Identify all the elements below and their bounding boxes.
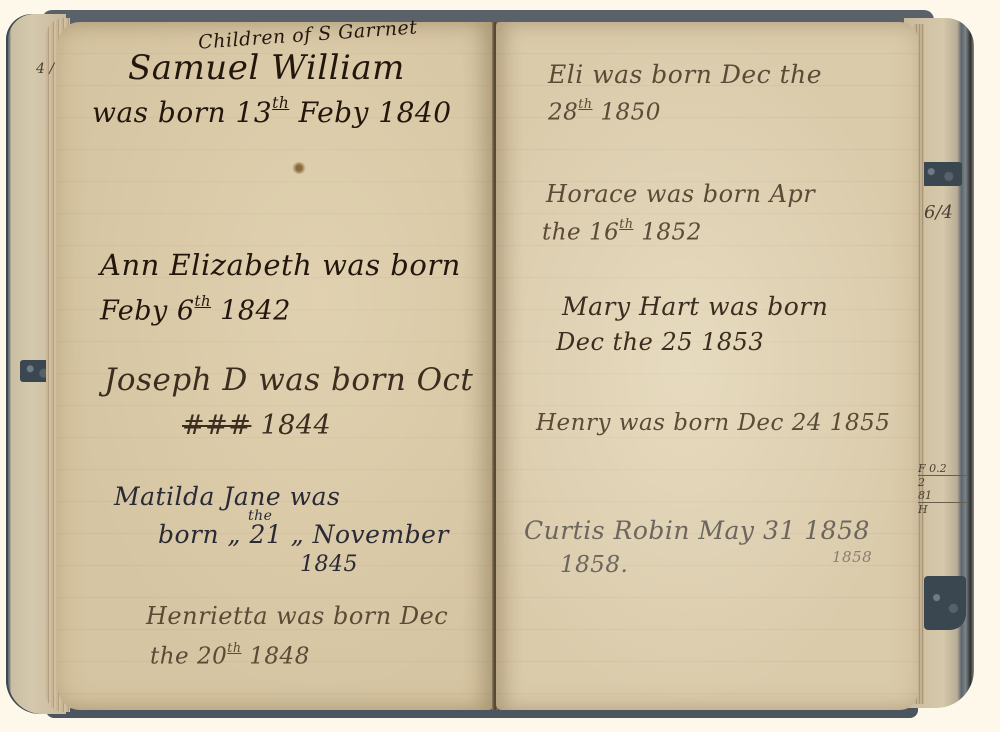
date-text: 1852	[633, 219, 701, 245]
right-cover-marble-patch-bottom	[924, 576, 966, 630]
entry-name-line: Henrietta was born Dec	[146, 602, 448, 630]
paper-stain	[292, 162, 306, 174]
entry-name-line: Mary Hart was born	[562, 292, 828, 321]
date-text: 1848	[241, 643, 309, 669]
entry-name-line: Henry was born Dec 24 1855	[536, 410, 890, 436]
date-text: Feby 1840	[289, 96, 451, 129]
entry-date-line: Feby 6th 1842	[100, 292, 291, 326]
entry-name-line: Ann Elizabeth was born	[100, 248, 461, 282]
entry-date-line: Dec the 25 1853	[556, 328, 764, 356]
date-text: 1844	[251, 410, 331, 441]
entry-name-line: Horace was born Apr	[546, 180, 815, 208]
right-cover-marble-patch-top	[918, 162, 962, 186]
entry-name-line: Matilda Jane was	[114, 482, 340, 511]
year-correction: 1858	[832, 548, 872, 566]
date-text: 1850	[593, 99, 661, 125]
ordinal-suffix: th	[272, 94, 289, 112]
entry-date-line: born „ 21 „ November	[158, 520, 449, 549]
date-text: Feby 6	[100, 295, 195, 326]
struck-out-text: ###	[182, 410, 251, 441]
margin-figure: F 0.2	[918, 462, 966, 476]
entry-date-line: ### 1844	[182, 410, 331, 441]
date-text: the 20	[150, 643, 227, 669]
date-text: was born 13	[92, 96, 272, 129]
margin-note-right-lower: F 0.2 2 81 H	[918, 462, 966, 516]
ordinal-suffix: th	[195, 292, 212, 310]
entry-name-line: Samuel William	[128, 48, 405, 88]
entry-date-line: 28th 1850	[548, 96, 661, 125]
date-text: 1842	[211, 295, 291, 326]
date-text: the 16	[542, 219, 619, 245]
margin-figure: 2	[918, 476, 966, 489]
left-page: Children of S Garrnet Samuel William was…	[58, 22, 494, 710]
margin-figure: H	[918, 503, 966, 516]
open-record-book: 4 / 5 Stephen · 404 6/4 F 0.2 2 81 H Chi…	[6, 10, 974, 718]
ordinal-suffix: th	[227, 640, 241, 655]
date-text: 28	[548, 99, 578, 125]
entry-name-line: Eli was born Dec the	[548, 60, 822, 89]
entry-date-line: the 20th 1848	[150, 640, 310, 669]
right-page: Eli was born Dec the 28th 1850 Horace wa…	[496, 22, 918, 710]
ordinal-suffix: th	[578, 96, 592, 111]
entry-date-line: the 16th 1852	[542, 216, 702, 245]
margin-figure: 81	[918, 489, 966, 503]
entry-year-line: 1845	[300, 552, 358, 577]
entry-name-line: Curtis Robin May 31 1858	[524, 516, 870, 545]
ordinal-suffix: th	[619, 216, 633, 231]
margin-note-right-mid: 6/4	[924, 202, 953, 223]
entry-name-line: Joseph D was born Oct	[104, 362, 473, 398]
entry-year-line: 1858.	[560, 552, 628, 578]
entry-date-line: was born 13th Feby 1840	[92, 94, 452, 129]
